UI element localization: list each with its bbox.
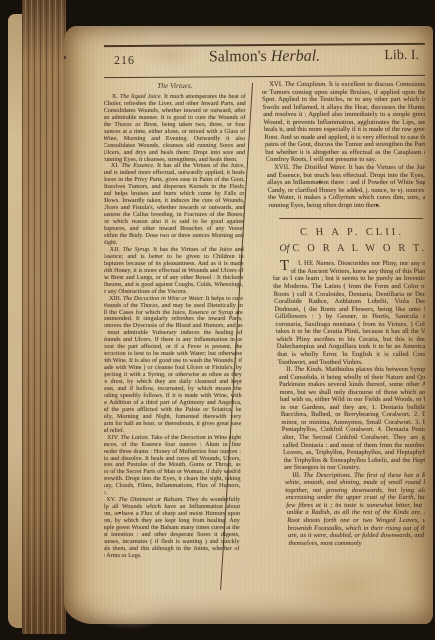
paragraph: III. The Descriptions. The first of thes… [284,472,425,547]
running-header: 216 Salmon's Herbal. Lib. I. [104,43,425,78]
paragraph: XIII. The Decoction in Wine or Water. It… [104,296,243,435]
paragraph: XVI. The Cataplasm. It is excellent to d… [261,81,425,164]
virtues-paragraphs-continued: XVI. The Cataplasm. It is excellent to d… [261,81,425,209]
paragraph: II. The Kinds. Matthiolus places this be… [278,366,425,472]
under-page-edge [8,14,23,628]
paragraph: XV. The Ointment or Balsam. They do wond… [104,497,240,560]
chapter-plant-name: C O R A L W O R T. [292,243,425,254]
paragraph: XI. The Essence. It has all the Virtues … [104,163,245,246]
book-title-roman: Salmon's [209,48,267,65]
page-content: 216 Salmon's Herbal. Lib. I. The Virtues… [104,38,425,598]
chapter-separator-rule [279,218,423,219]
virtues-heading: The Virtues. [104,83,246,90]
chapter-of-word: Of [279,243,290,254]
liber-label: Lib. I. [384,48,419,64]
book-title: Salmon's Herbal. [104,47,425,67]
book-photo: 216 Salmon's Herbal. Lib. I. The Virtues… [0,0,435,640]
book-title-italic: Herbal. [271,48,320,65]
left-column: The Virtues. X. The liquid Juice. It muc… [104,81,246,593]
paragraph: XIV. The Lotion. Take of the Decoction i… [104,435,241,498]
book-fore-edge [22,0,66,634]
chapter-paragraphs: I. THE Names. Dioscorides nor Pliny, nor… [272,260,425,547]
chapter-number-heading: C H A P. CLII. [270,229,425,237]
paragraph: XII. The Syrup. It has the Virtues of th… [104,247,244,296]
chapter-title-heading: OfC O R A L W O R T. [271,245,425,253]
ink-speck [64,56,66,59]
paragraph: I. THE Names. Dioscorides nor Pliny, nor… [272,260,425,366]
virtues-paragraphs: X. The liquid Juice. It much attemperate… [104,94,246,560]
right-column: XVI. The Cataplasm. It is excellent to d… [261,81,425,593]
catchword: into [289,547,425,555]
paragraph: X. The liquid Juice. It much attemperate… [104,94,246,164]
book-page: 216 Salmon's Herbal. Lib. I. The Virtues… [64,26,433,624]
paragraph: XVII. The Distilled Water. It has the Vi… [266,164,425,209]
two-column-text: The Virtues. X. The liquid Juice. It muc… [104,81,425,593]
